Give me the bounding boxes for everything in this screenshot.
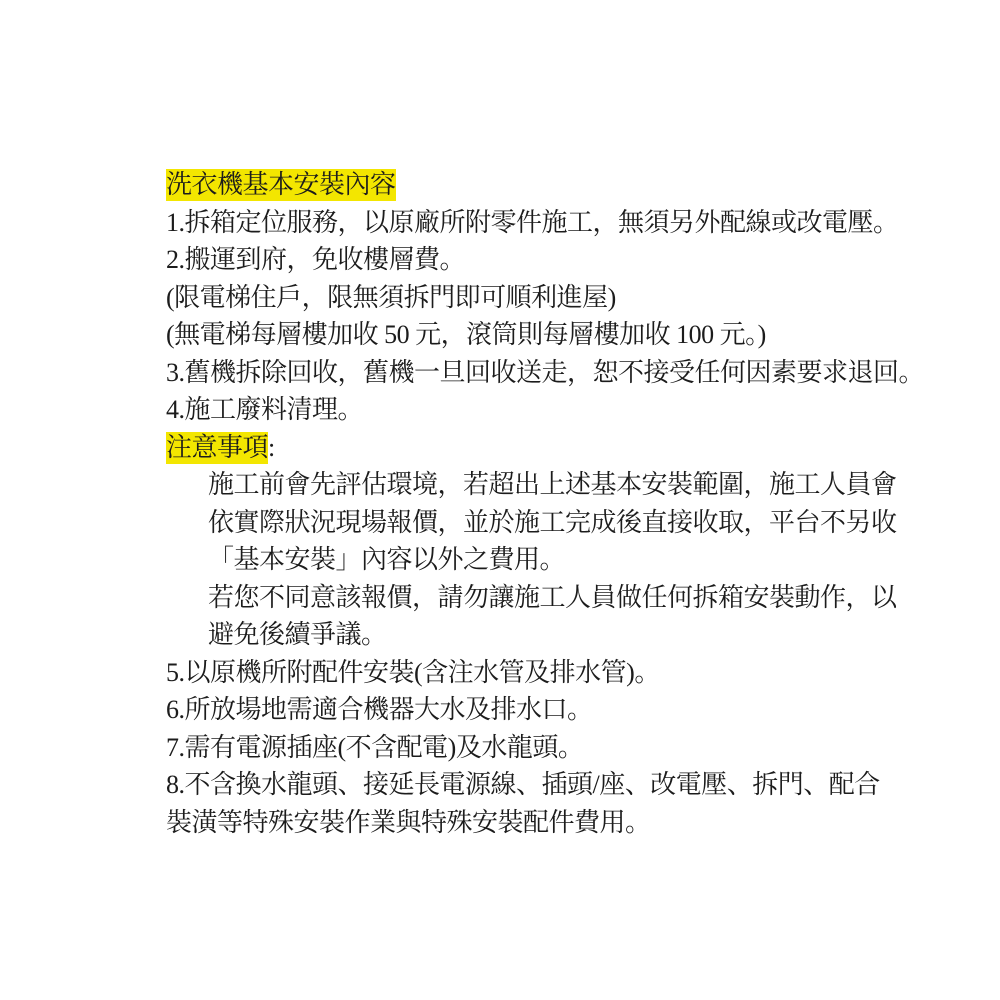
- notice-colon: :: [268, 433, 275, 462]
- notice-paragraph-line-4: 若您不同意該報價，請勿讓施工人員做任何拆箱安裝動作，以: [166, 579, 896, 617]
- highlighted-notice-text: 注意事項: [166, 432, 268, 464]
- notice-paragraph-line-1: 施工前會先評估環境，若超出上述基本安裝範圍，施工人員會: [166, 466, 896, 504]
- section-heading-basic-install: 洗衣機基本安裝內容: [166, 166, 896, 204]
- notice-paragraph-line-3: 「基本安裝」內容以外之費用。: [166, 541, 896, 579]
- notice-paragraph-line-2: 依實際狀況現場報價，並於施工完成後直接收取，平台不另收: [166, 504, 896, 542]
- list-item-8-line-2: 裝潢等特殊安裝作業與特殊安裝配件費用。: [166, 804, 896, 842]
- section-heading-notice: 注意事項:: [166, 429, 896, 467]
- installation-notes-document: 洗衣機基本安裝內容 1.拆箱定位服務，以原廠所附零件施工，無須另外配線或改電壓。…: [166, 166, 896, 841]
- list-item-5: 5.以原機所附配件安裝(含注水管及排水管)。: [166, 654, 896, 692]
- list-item-7: 7.需有電源插座(不含配電)及水龍頭。: [166, 729, 896, 767]
- notice-paragraph-line-5: 避免後續爭議。: [166, 616, 896, 654]
- list-item-8-line-1: 8.不含換水龍頭、接延長電源線、插頭/座、改電壓、拆門、配合: [166, 766, 896, 804]
- list-item-3: 3.舊機拆除回收，舊機一旦回收送走，恕不接受任何因素要求退回。: [166, 354, 896, 392]
- note-no-elevator-fee: (無電梯每層樓加收 50 元，滾筒則每層樓加收 100 元。): [166, 316, 896, 354]
- note-elevator-only: (限電梯住戶，限無須拆門即可順利進屋): [166, 279, 896, 317]
- list-item-4: 4.施工廢料清理。: [166, 391, 896, 429]
- list-item-1: 1.拆箱定位服務，以原廠所附零件施工，無須另外配線或改電壓。: [166, 204, 896, 242]
- list-item-6: 6.所放場地需適合機器大水及排水口。: [166, 691, 896, 729]
- list-item-2: 2.搬運到府，免收樓層費。: [166, 241, 896, 279]
- highlighted-heading-text: 洗衣機基本安裝內容: [166, 169, 396, 201]
